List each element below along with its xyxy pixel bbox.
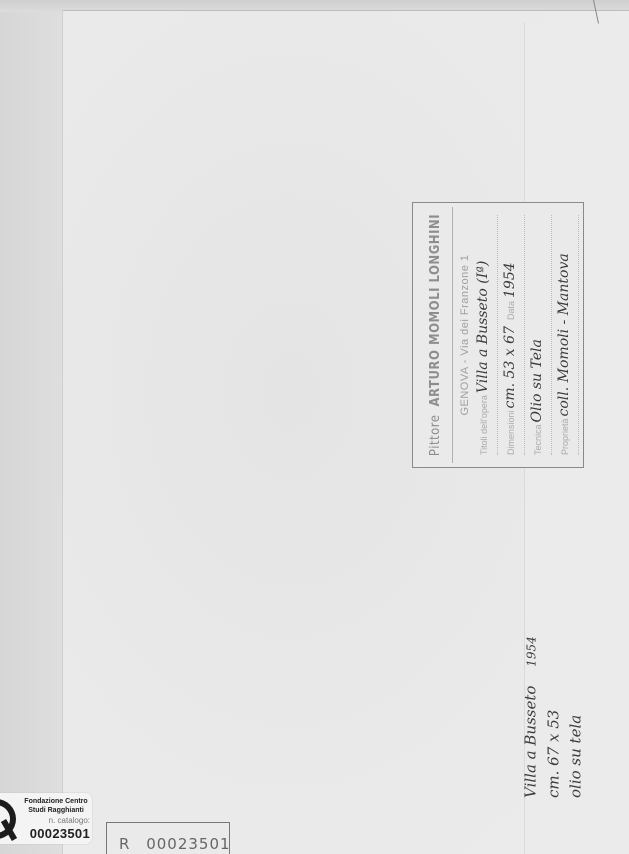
artist-role: Pittore xyxy=(428,415,443,457)
sticker-catalog-label: n. catalogo: xyxy=(22,815,90,826)
handwritten-note-text: Villa a Busseto 1954 cm. 67 x 53 olio su… xyxy=(520,558,587,798)
sticker-org-line2: Studi Ragghianti xyxy=(22,806,90,815)
note-year: 1954 xyxy=(525,636,539,667)
label-value: Olio su Tela xyxy=(529,339,545,422)
note-title: Villa a Busseto xyxy=(522,686,540,798)
artist-label-content: Pittore ARTURO MOMOLI LONGHINI GENOVA - … xyxy=(418,207,578,463)
stamp-prefix: R xyxy=(119,835,130,853)
artist-label: Pittore ARTURO MOMOLI LONGHINI GENOVA - … xyxy=(412,202,584,468)
handwritten-note: Villa a Busseto 1954 cm. 67 x 53 olio su… xyxy=(498,558,608,798)
catalog-sticker: Fondazione Centro Studi Ragghianti n. ca… xyxy=(0,793,92,844)
label-row-technique: Tecnica Olio su Tela xyxy=(529,215,552,455)
label-value: cm. 53 x 67 xyxy=(502,326,518,408)
label-value-date: 1954 xyxy=(502,262,518,298)
label-key: Proprietà xyxy=(560,418,570,455)
label-value: Villa a Busseto (Iª) xyxy=(475,261,491,393)
stamp-text: R 00023501 xyxy=(119,835,231,853)
stamp-number: 00023501 xyxy=(146,835,230,853)
label-row-dimensions: Dimensioni cm. 53 x 67 Data 1954 xyxy=(502,215,525,455)
note-technique: olio su tela xyxy=(565,558,587,798)
label-value: coll. Momoli - Mantova xyxy=(556,253,572,416)
artist-address: GENOVA - Via dei Franzone 1 xyxy=(453,207,471,463)
label-row-title: Titoli dell'opera Villa a Busseto (Iª) xyxy=(475,215,498,455)
label-key: Tecnica xyxy=(533,424,543,455)
inventory-stamp: R 00023501 xyxy=(106,822,230,854)
scan-left-margin xyxy=(0,0,62,854)
sticker-catalog-number: 00023501 xyxy=(22,826,90,841)
label-key: Titoli dell'opera xyxy=(479,395,489,455)
artist-name: ARTURO MOMOLI LONGHINI xyxy=(428,214,443,407)
note-dimensions: cm. 67 x 53 xyxy=(543,558,565,798)
sticker-text: Fondazione Centro Studi Ragghianti n. ca… xyxy=(22,797,90,841)
label-key-date: Data xyxy=(506,301,516,320)
artist-label-header: Pittore ARTURO MOMOLI LONGHINI xyxy=(418,207,453,463)
label-row-property: Proprietà coll. Momoli - Mantova xyxy=(556,215,579,455)
label-key: Dimensioni xyxy=(506,410,516,455)
sticker-org-line1: Fondazione Centro xyxy=(22,797,90,806)
